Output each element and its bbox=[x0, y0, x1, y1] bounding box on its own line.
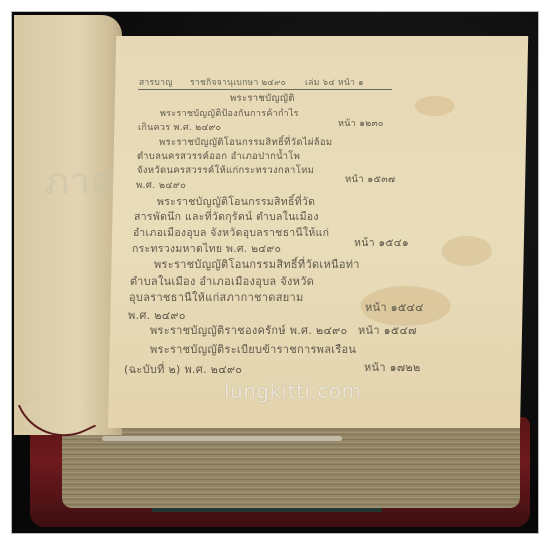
entry-line: อุบลราชธานีให้แก่สภากาชาดสยาม bbox=[129, 288, 304, 306]
entry-page: หน้า ๑๕๔๔ bbox=[365, 298, 424, 316]
entry-page: หน้า ๑๒๓๐ bbox=[338, 116, 384, 130]
entry-line: (ฉะบับที่ ๒) พ.ศ. ๒๔๙๐ bbox=[124, 360, 242, 378]
header-left: สารบาญ bbox=[139, 75, 173, 89]
entry-line: พระราชบัญญัติโอนกรรมสิทธิ์ที่วัดไผ่ล้อม bbox=[159, 135, 332, 150]
left-page: ภาค bbox=[14, 15, 122, 435]
entry-line: พระราชบัญญัติโอนกรรมสิทธิ์ที่วัดเหนือท่า bbox=[154, 255, 360, 273]
photo-frame: ภาค สารบาญ ราชกิจจานุเบกษา ๒๔๙๐ เล่ม ๖๔ … bbox=[12, 12, 538, 533]
section-title: พระราชบัญญัติ bbox=[230, 91, 295, 106]
entry-line: อำเภอเมืองอุบล จังหวัดอุบลราชธานีให้แก่ bbox=[133, 224, 329, 241]
entry-line: พ.ศ. ๒๔๙๐ bbox=[136, 178, 186, 193]
entry-line: สารพัดนึก และที่วัดกุรัตน์ ตำบลในเมือง bbox=[134, 208, 319, 225]
paper-stain bbox=[441, 236, 492, 266]
watermark: lungkitti.com bbox=[224, 379, 362, 403]
entry-line: พระราชบัญญัติระเบียบข้าราชการพลเรือน bbox=[150, 340, 356, 358]
header-right: เล่ม ๖๔ หน้า ๑ bbox=[305, 75, 364, 89]
entry-line: พระราชบัญญัติราชองครักษ์ พ.ศ. ๒๔๙๐ bbox=[150, 321, 347, 339]
header-rule bbox=[138, 89, 392, 90]
entry-line: จังหวัดนครสวรรค์ให้แก่กระทรวงกลาโหม bbox=[137, 163, 314, 178]
paper-stain bbox=[415, 96, 455, 116]
entry-page: หน้า ๑๕๔๑ bbox=[354, 234, 409, 251]
entry-page: หน้า ๑๕๓๗ bbox=[345, 172, 395, 187]
entry-line: เกินควร พ.ศ. ๒๔๙๐ bbox=[138, 120, 221, 134]
entry-page: หน้า ๑๕๔๗ bbox=[358, 321, 417, 339]
header-center: ราชกิจจานุเบกษา ๒๔๙๐ bbox=[190, 75, 286, 89]
entry-line: ตำบลนครสวรรค์ออก อำเภอปากน้ำโพ bbox=[137, 149, 300, 164]
entry-page: หน้า ๑๗๒๒ bbox=[364, 358, 421, 376]
bleed-through-text: ภาค bbox=[44, 150, 116, 211]
torn-page-edge bbox=[102, 436, 342, 441]
entry-line: พระราชบัญญัติป้องกันการค้ากำไร bbox=[160, 106, 299, 120]
